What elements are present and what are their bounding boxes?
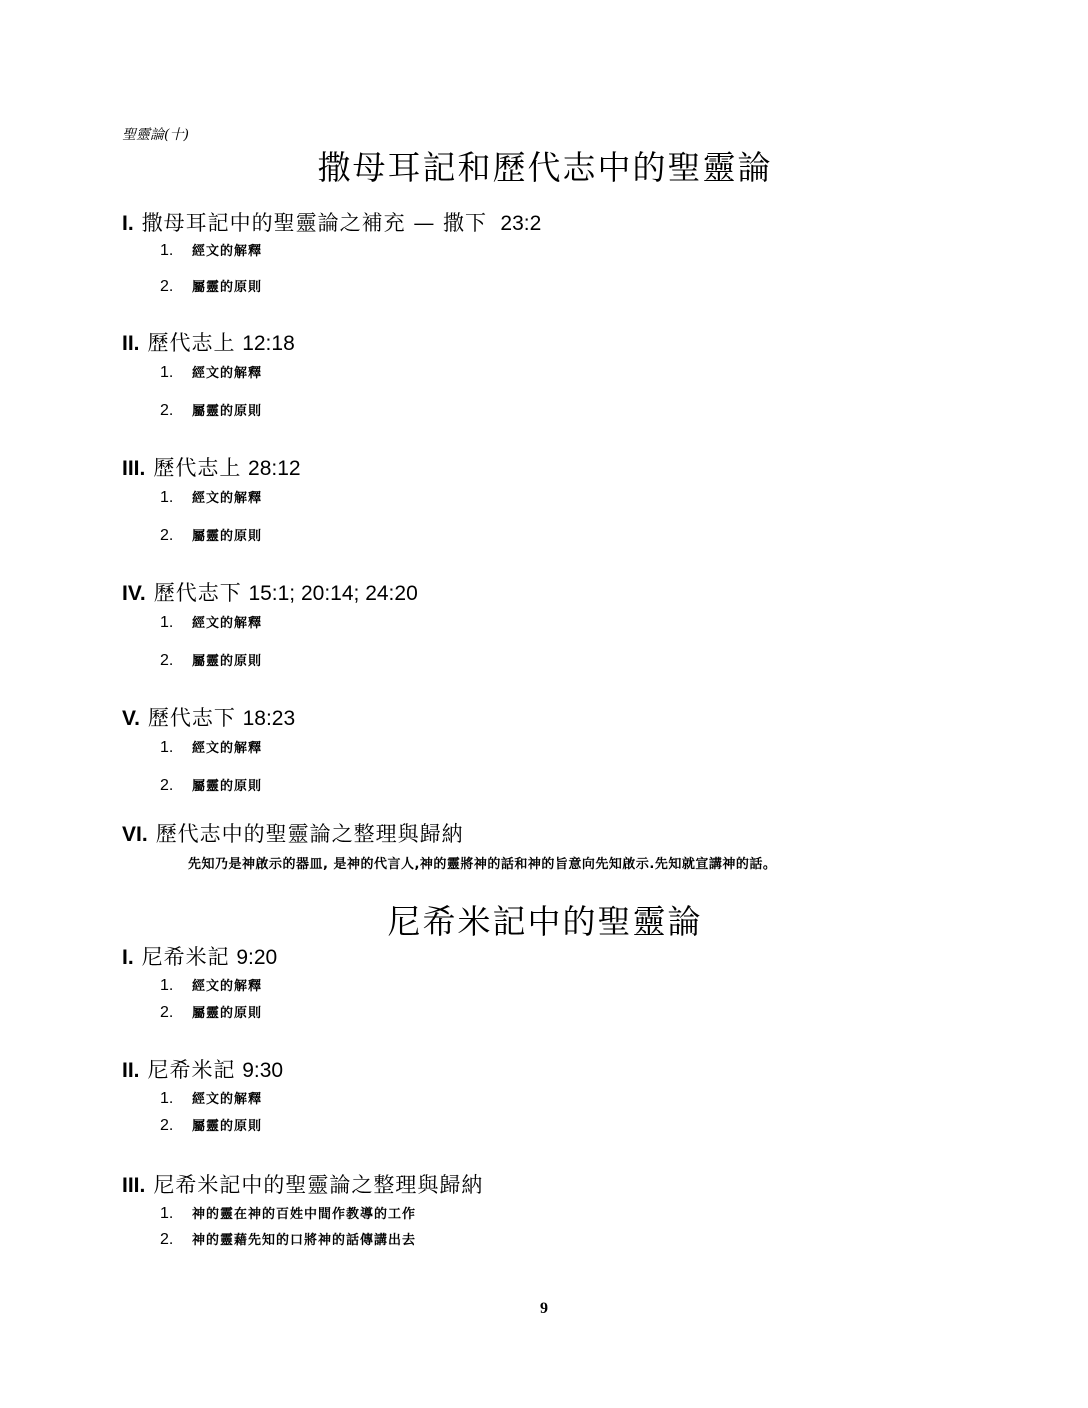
item-number: 1.: [160, 242, 192, 260]
item-number: 2.: [160, 652, 192, 670]
item-text: 經文的解釋: [192, 1092, 262, 1107]
item-number: 1.: [160, 1205, 192, 1223]
item-number: 2.: [160, 1231, 192, 1249]
heading-1-2: II.歷代志上 12:18: [122, 327, 295, 357]
heading-1-5: V.歷代志下 18:23: [122, 702, 295, 732]
list-item: 1.神的靈在神的百姓中間作教導的工作: [160, 1203, 416, 1223]
item-number: 2.: [160, 527, 192, 545]
heading-text: 尼希米記: [148, 1058, 236, 1082]
heading-number: V.: [122, 707, 140, 730]
page-number: 9: [0, 1300, 1088, 1318]
heading-text: 撒母耳記中的聖靈論之補充 — 撒下: [142, 211, 487, 235]
heading-number: II.: [122, 332, 140, 355]
list-item: 2.屬靈的原則: [160, 525, 262, 545]
item-text: 經文的解釋: [192, 616, 262, 631]
list-item: 2.神的靈藉先知的口將神的話傳講出去: [160, 1229, 416, 1249]
item-number: 2.: [160, 402, 192, 420]
heading-2-3: III.尼希米記中的聖靈論之整理與歸納: [122, 1169, 483, 1199]
item-text: 經文的解釋: [192, 741, 262, 756]
item-number: 2.: [160, 1004, 192, 1022]
item-number: 1.: [160, 364, 192, 382]
scripture-ref: 9:20: [236, 946, 277, 969]
list-item: 2.屬靈的原則: [160, 775, 262, 795]
item-text: 屬靈的原則: [192, 529, 262, 544]
heading-number: VI.: [122, 823, 148, 846]
heading-2-2: II.尼希米記 9:30: [122, 1054, 283, 1084]
item-number: 1.: [160, 739, 192, 757]
list-item: 2.屬靈的原則: [160, 400, 262, 420]
item-number: 1.: [160, 614, 192, 632]
heading-2-1: I.尼希米記 9:20: [122, 941, 277, 971]
list-item: 1.經文的解釋: [160, 362, 262, 382]
scripture-ref: 28:12: [248, 457, 301, 480]
item-number: 1.: [160, 1090, 192, 1108]
heading-text: 歷代志中的聖靈論之整理與歸納: [156, 822, 464, 846]
heading-number: I.: [122, 212, 134, 235]
item-text: 神的靈在神的百姓中間作教導的工作: [192, 1207, 416, 1222]
scripture-ref: 15:1; 20:14; 24:20: [248, 582, 417, 605]
heading-text: 尼希米記中的聖靈論之整理與歸納: [153, 1173, 483, 1197]
heading-1-6: VI.歷代志中的聖靈論之整理與歸納: [122, 818, 464, 848]
heading-number: III.: [122, 457, 145, 480]
item-number: 1.: [160, 977, 192, 995]
list-item: 1.經文的解釋: [160, 975, 262, 995]
list-item: 1.經文的解釋: [160, 1088, 262, 1108]
heading-text: 歷代志上: [148, 331, 236, 355]
scripture-ref: 18:23: [243, 707, 296, 730]
item-text: 經文的解釋: [192, 244, 262, 259]
heading-1-1: I.撒母耳記中的聖靈論之補充 — 撒下 23:2: [122, 207, 541, 237]
scripture-ref: 12:18: [242, 332, 295, 355]
list-item: 2.屬靈的原則: [160, 1002, 262, 1022]
item-text: 屬靈的原則: [192, 1119, 262, 1134]
list-item: 1.經文的解釋: [160, 737, 262, 757]
item-text: 經文的解釋: [192, 979, 262, 994]
item-text: 經文的解釋: [192, 366, 262, 381]
item-text: 經文的解釋: [192, 491, 262, 506]
list-item: 2.屬靈的原則: [160, 650, 262, 670]
item-number: 2.: [160, 777, 192, 795]
item-number: 1.: [160, 489, 192, 507]
item-text: 屬靈的原則: [192, 779, 262, 794]
item-text: 屬靈的原則: [192, 654, 262, 669]
heading-1-3: III.歷代志上 28:12: [122, 452, 301, 482]
summary-note: 先知乃是神啟示的器皿, 是神的代言人,神的靈將神的話和神的旨意向先知啟示.先知就…: [188, 853, 776, 872]
heading-number: III.: [122, 1174, 145, 1197]
list-item: 1.經文的解釋: [160, 612, 262, 632]
list-item: 1.經文的解釋: [160, 240, 262, 260]
running-header: 聖靈論(十): [122, 124, 189, 144]
heading-text: 歷代志上: [153, 456, 241, 480]
heading-1-4: IV.歷代志下 15:1; 20:14; 24:20: [122, 577, 418, 607]
item-number: 2.: [160, 1117, 192, 1135]
list-item: 2.屬靈的原則: [160, 276, 262, 296]
heading-text: 歷代志下: [154, 581, 242, 605]
list-item: 1.經文的解釋: [160, 487, 262, 507]
list-item: 2.屬靈的原則: [160, 1115, 262, 1135]
scripture-ref: 9:30: [242, 1059, 283, 1082]
item-text: 屬靈的原則: [192, 1006, 262, 1021]
heading-text: 尼希米記: [142, 945, 230, 969]
section-title-samuel-chronicles: 撒母耳記和歷代志中的聖靈論: [0, 142, 1088, 189]
item-text: 神的靈藉先知的口將神的話傳講出去: [192, 1233, 416, 1248]
heading-text: 歷代志下: [148, 706, 236, 730]
heading-number: I.: [122, 946, 134, 969]
scripture-ref: 23:2: [500, 212, 541, 235]
section-title-nehemiah: 尼希米記中的聖靈論: [0, 896, 1088, 943]
item-text: 屬靈的原則: [192, 280, 262, 295]
heading-number: II.: [122, 1059, 140, 1082]
item-number: 2.: [160, 278, 192, 296]
heading-number: IV.: [122, 582, 146, 605]
item-text: 屬靈的原則: [192, 404, 262, 419]
